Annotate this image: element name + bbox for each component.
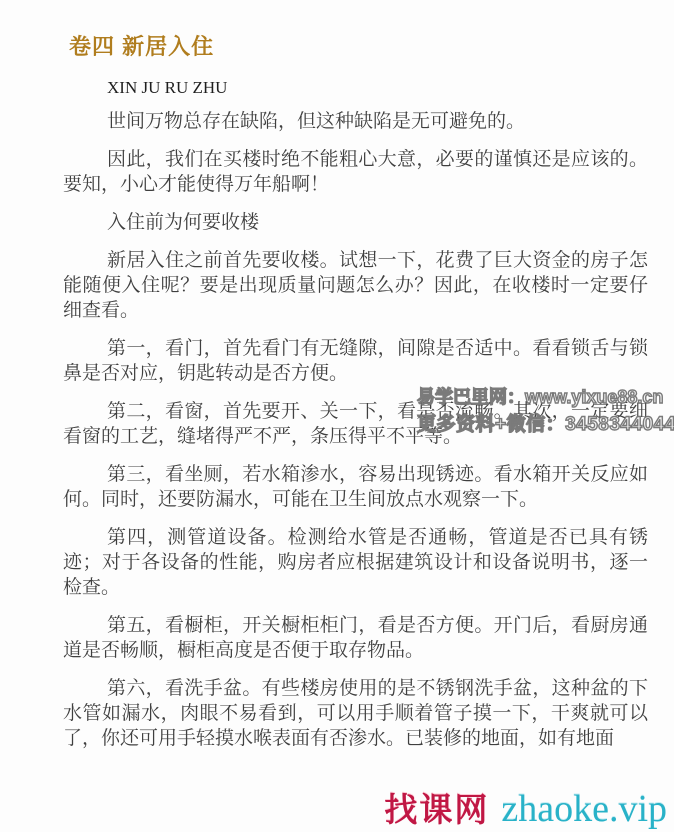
paragraph: 第二，看窗，首先要开、关一下，看是否流畅。其次，一定要细看窗的工艺，缝堵得严不严…	[63, 399, 648, 449]
paragraph: 第一，看门，首先看门有无缝隙，间隙是否适中。看看锁舌与锁鼻是否对应，钥匙转动是否…	[63, 336, 648, 386]
paragraph: 第三，看坐厕，若水箱渗水，容易出现锈迹。看水箱开关反应如何。同时，还要防漏水，可…	[63, 462, 648, 512]
brand-name: 找课网	[384, 784, 489, 831]
paragraph: 新居入住之前首先要收楼。试想一下，花费了巨大资金的房子怎能随便入住呢？要是出现质…	[63, 248, 648, 323]
paragraph: 第六，看洗手盆。有些楼房使用的是不锈钢洗手盆，这种盆的下水管如漏水，肉眼不易看到…	[63, 676, 648, 751]
paragraph: 因此，我们在买楼时绝不能粗心大意，必要的谨慎还是应该的。要知，小心才能使得万年船…	[63, 147, 648, 197]
paragraph: 第五，看橱柜，开关橱柜柜门，看是否方便。开门后，看厨房通道是否畅顺，橱柜高度是否…	[63, 613, 648, 663]
page-title: 卷四 新居入住	[69, 30, 648, 61]
paragraph: 第四，测管道设备。检测给水管是否通畅，管道是否已具有锈迹；对于各设备的性能，购房…	[63, 525, 648, 600]
brand-logo: 找课网 zhaoke.vip	[384, 784, 667, 831]
document-page: 卷四 新居入住 XIN JU RU ZHU 世间万物总存在缺陷，但这种缺陷是无可…	[63, 30, 648, 764]
section-heading: 入住前为何要收楼	[63, 210, 648, 235]
pinyin-subtitle: XIN JU RU ZHU	[63, 78, 648, 98]
paragraph: 世间万物总存在缺陷，但这种缺陷是无可避免的。	[63, 109, 648, 134]
brand-domain: zhaoke.vip	[501, 787, 667, 831]
